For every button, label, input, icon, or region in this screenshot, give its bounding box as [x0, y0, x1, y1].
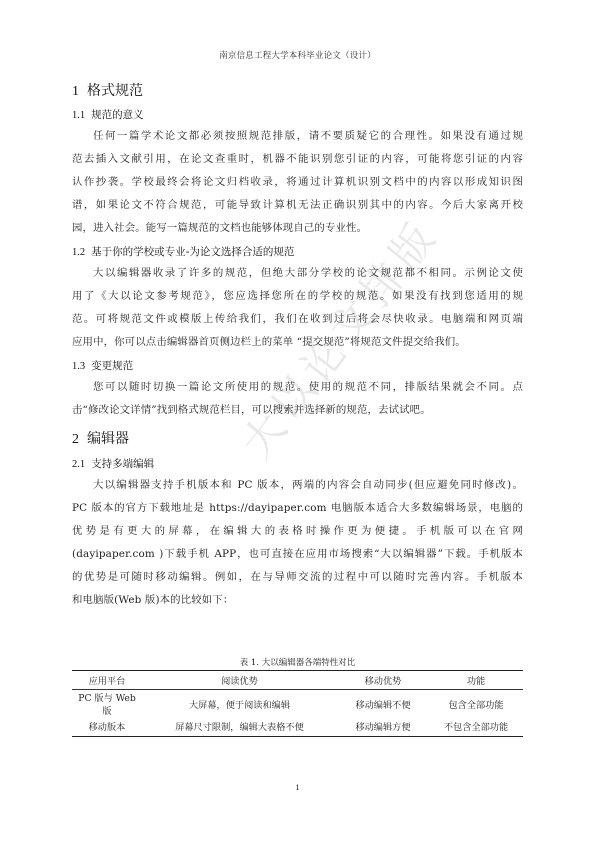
section-title: 格式规范 — [87, 83, 143, 99]
paragraph-line: 认作抄袭。学校最终会将论文归档收录，将通过计算机识别文档中的内容以形成知识图 — [72, 175, 523, 189]
paragraph-line: 大以编辑器支持手机版本和 PC 版本，两端的内容会自动同步(但应避免同时修改)。 — [93, 478, 523, 492]
table-row: PC 版与 Web 版 大屏幕，便于阅读和编辑 移动编辑不便 包含全部功能 — [72, 690, 523, 721]
table-row: 移动版本 屏幕尺寸限制，编辑大表格不便 移动编辑方便 不包含全部功能 — [72, 720, 523, 736]
section-number: 2 — [72, 432, 79, 447]
table-header-cell: 移动优势 — [337, 671, 429, 690]
table-cell: 屏幕尺寸限制，编辑大表格不便 — [142, 720, 337, 736]
paragraph-line: 击“修改论文详情”找到格式规范栏目，可以搜索并选择新的规范，去试试吧。 — [72, 403, 523, 417]
table-cell: 移动版本 — [72, 720, 142, 736]
table-caption: 表 1. 大以编辑器各端特性对比 — [0, 656, 595, 668]
paragraph-line: 大以编辑器收录了许多的规范，但绝大部分学校的论文规范都不相同。示例论文使 — [93, 266, 523, 280]
subsection-heading-1-2: 1.2基于你的学校或专业-为论文选择合适的规范 — [72, 244, 294, 259]
section-number: 1 — [72, 84, 79, 99]
table-cell: 大屏幕，便于阅读和编辑 — [142, 690, 337, 721]
table-header-row: 应用平台 阅读优势 移动优势 功能 — [72, 671, 523, 690]
subsection-heading-1-3: 1.3变更规范 — [72, 358, 133, 373]
table-header-cell: 功能 — [429, 671, 523, 690]
table-cell: 包含全部功能 — [429, 690, 523, 721]
page-number: 1 — [0, 782, 595, 792]
paragraph-line: 任何一篇学术论文都必须按照规范排版，请不要质疑它的合理性。如果没有通过规 — [93, 129, 523, 143]
paragraph-line: 应用中，你可以点击编辑器首页侧边栏上的菜单 “提交规范”将规范文件提交给我们。 — [72, 335, 523, 349]
table-cell: 移动编辑不便 — [337, 690, 429, 721]
section-heading-1: 1格式规范 — [72, 80, 143, 100]
section-title: 编辑器 — [87, 431, 129, 447]
subsection-number: 1.1 — [72, 110, 85, 121]
paragraph-line: 和电脑版(Web 版)本的比较如下： — [72, 593, 523, 607]
subsection-title: 规范的意义 — [91, 109, 144, 121]
section-heading-2: 2编辑器 — [72, 428, 129, 448]
paragraph-line: 范去插入文献引用，在论文查重时，机器不能识别您引证的内容，可能将您引证的内容 — [72, 152, 523, 166]
table-header-cell: 阅读优势 — [142, 671, 337, 690]
subsection-number: 2.1 — [72, 459, 85, 470]
comparison-table: 应用平台 阅读优势 移动优势 功能 PC 版与 Web 版 大屏幕，便于阅读和编… — [72, 670, 523, 737]
paragraph-line: 谱，如果论文不符合规范，可能导致计算机无法正确识别其中的内容。今后大家离开校 — [72, 198, 523, 212]
subsection-title: 变更规范 — [91, 360, 133, 372]
paragraph-line: PC 版本的官方下载地址是 https://dayipaper.com 电脑版本… — [72, 501, 523, 515]
document-page: 南京信息工程大学本科毕业论文（设计） 大以论文排版 1格式规范 1.1规范的意义… — [0, 0, 595, 842]
paragraph-line: 您可以随时切换一篇论文所使用的规范。使用的规范不同，排版结果就会不同。点 — [93, 380, 523, 394]
paragraph-line: 园，进入社会。能写一篇规范的文档也能够体现自己的专业性。 — [72, 221, 523, 235]
subsection-heading-2-1: 2.1支持多端编辑 — [72, 456, 154, 471]
paragraph-line: (dayipaper.com )下载手机 APP，也可直接在应用市场搜索“大以编… — [72, 547, 523, 561]
table-cell: 不包含全部功能 — [429, 720, 523, 736]
paragraph-line: 用了《大以论文参考规范》，您应选择您所在的学校的规范。如果没有找到您适用的规 — [72, 289, 523, 303]
paragraph-line: 的优势是可随时移动编辑。例如，在与导师交流的过程中可以随时完善内容。手机版本 — [72, 570, 523, 584]
subsection-title: 基于你的学校或专业-为论文选择合适的规范 — [91, 246, 294, 258]
watermark: 大以论文排版 — [226, 251, 415, 469]
subsection-title: 支持多端编辑 — [91, 458, 154, 470]
subsection-number: 1.2 — [72, 247, 85, 258]
running-header: 南京信息工程大学本科毕业论文（设计） — [0, 49, 595, 61]
table-cell: 移动编辑方便 — [337, 720, 429, 736]
paragraph-line: 范。可将规范文件或模版上传给我们，我们在收到过后将会尽快收录。电脑端和网页端 — [72, 312, 523, 326]
paragraph-line: 优势是有更大的屏幕，在编辑大的表格时操作更为便捷。手机版可以在官网 — [72, 524, 523, 538]
subsection-number: 1.3 — [72, 361, 85, 372]
subsection-heading-1-1: 1.1规范的意义 — [72, 107, 144, 122]
table-header-cell: 应用平台 — [72, 671, 142, 690]
table-cell: PC 版与 Web 版 — [72, 690, 142, 721]
